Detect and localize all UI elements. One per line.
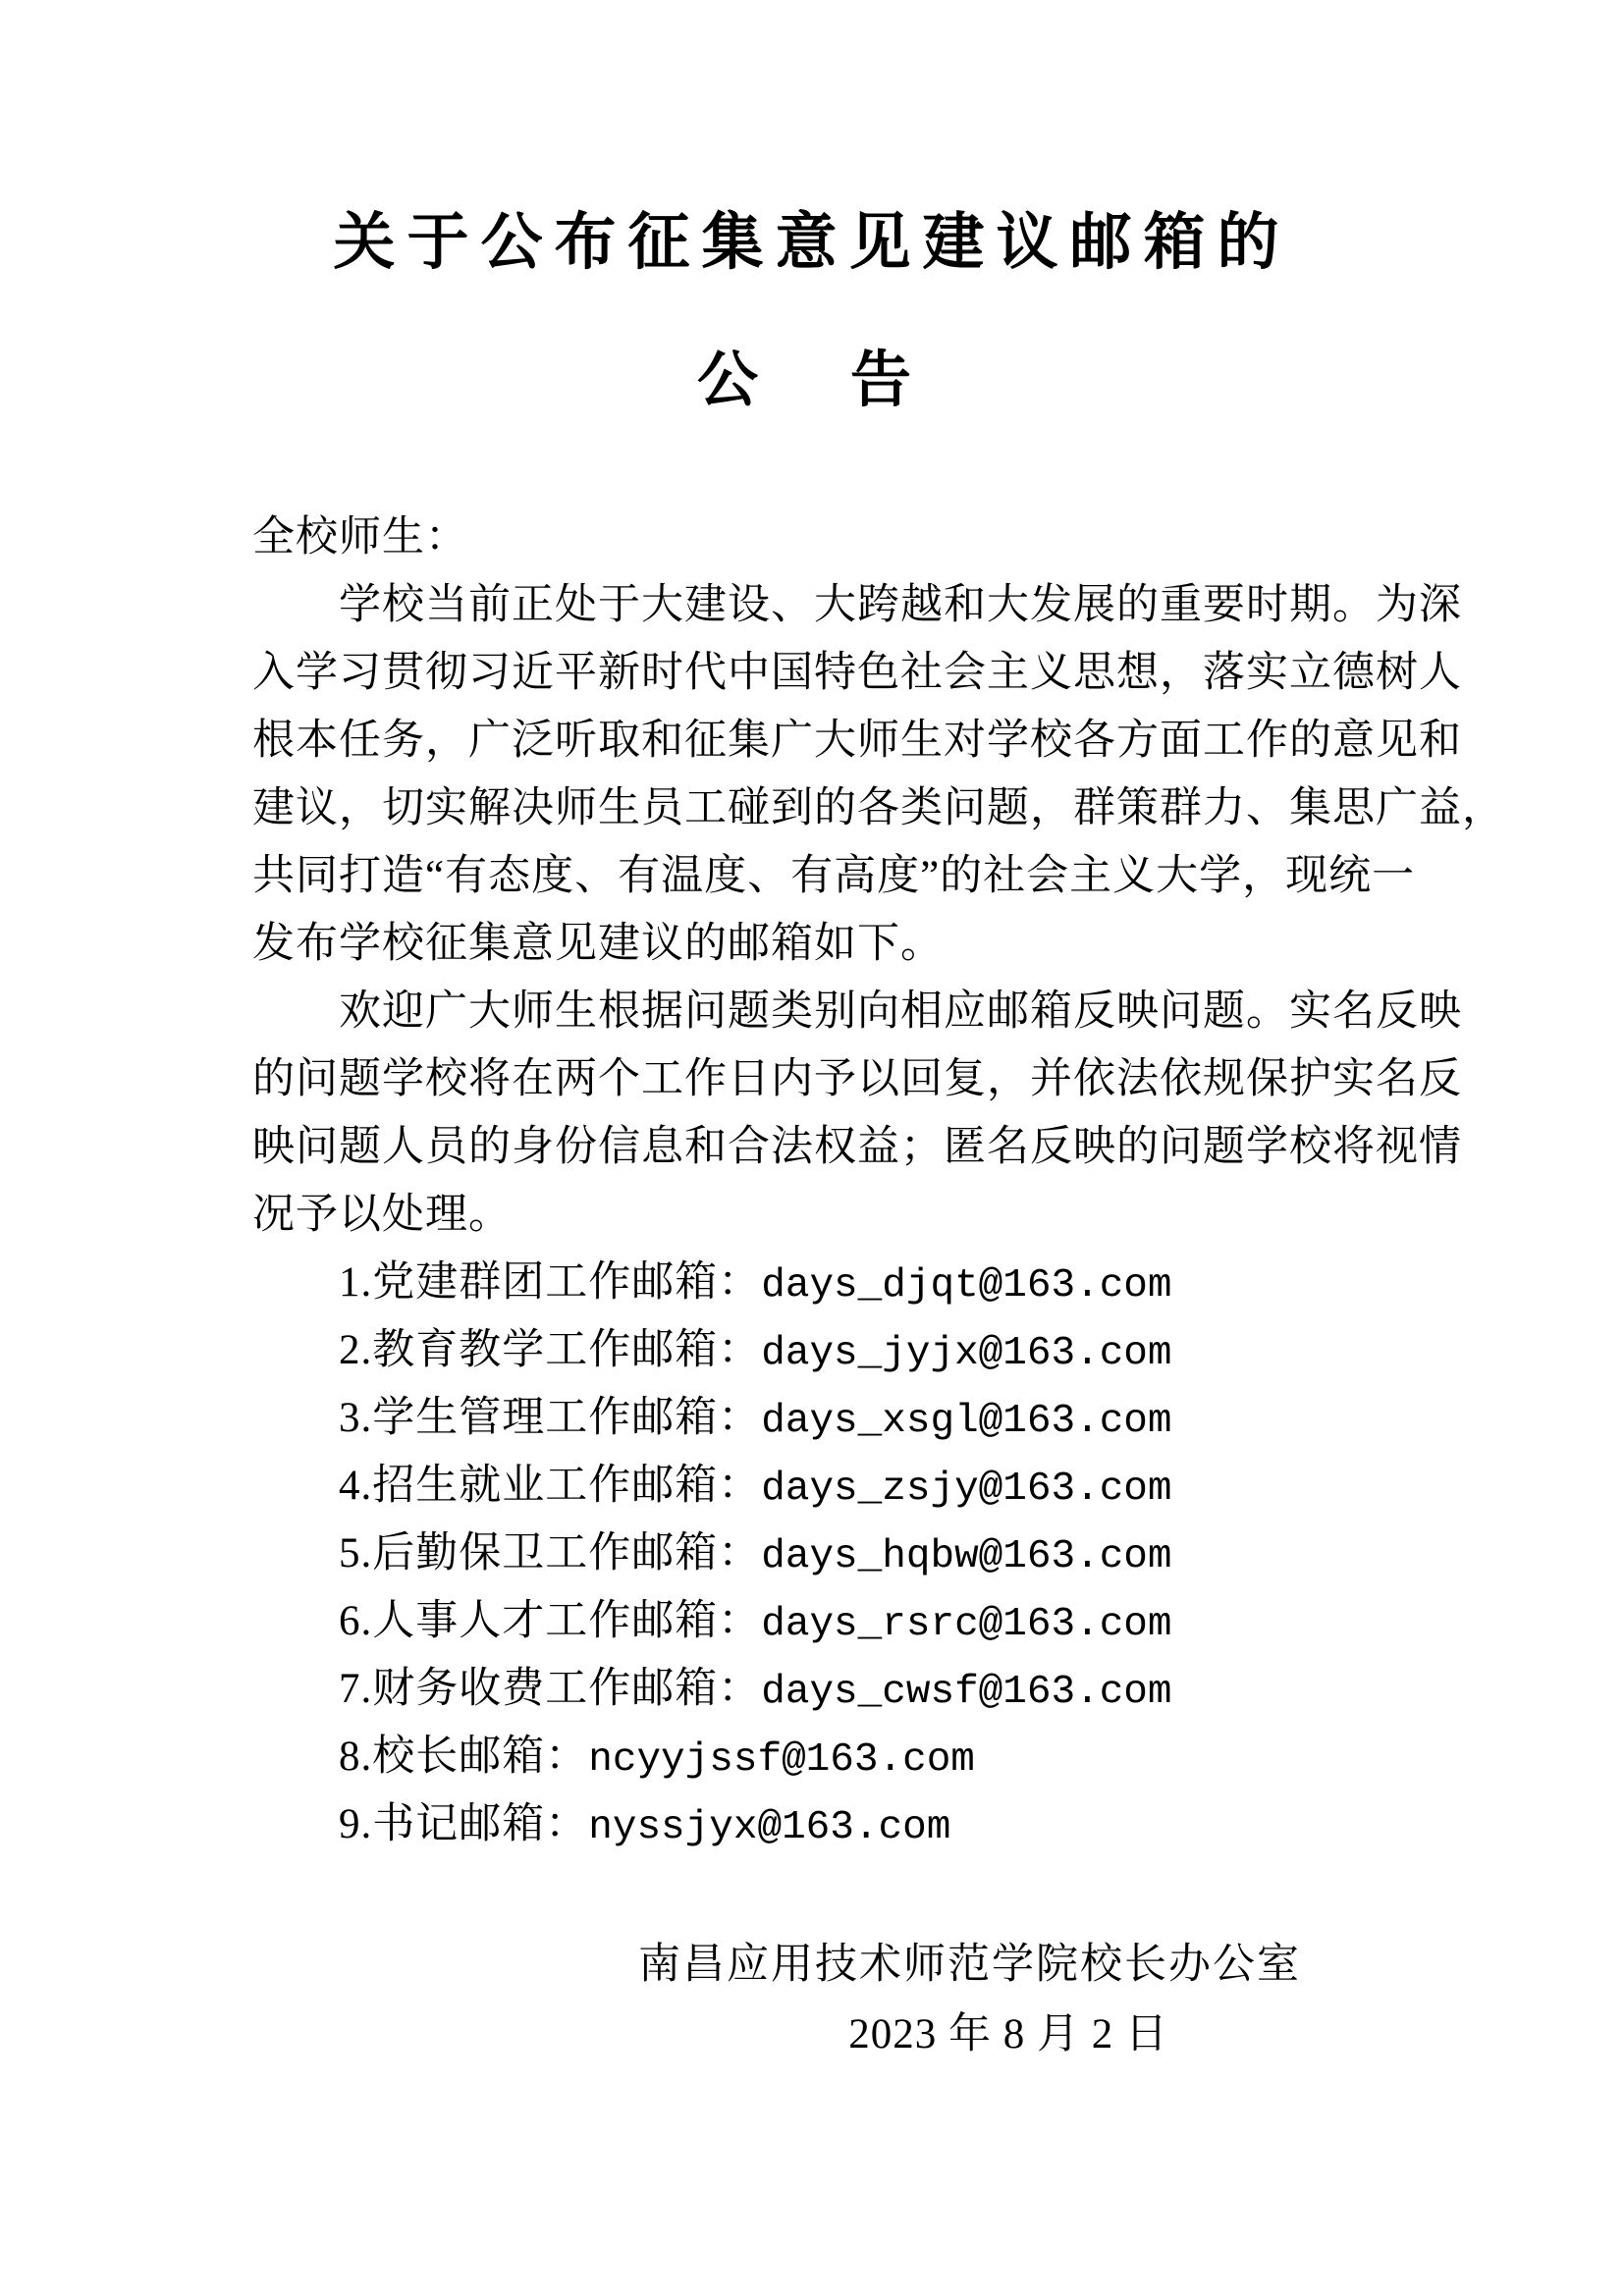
mailbox-label: 3.学生管理工作邮箱： <box>339 1395 761 1441</box>
paragraph1-line-2: 入学习贯彻习近平新时代中国特色社会主义思想，落实立德树人 <box>252 639 1470 707</box>
mailbox-item-6: 6.人事人才工作邮箱：days_rsrc@163.com <box>252 1587 1470 1655</box>
mailbox-label: 4.招生就业工作邮箱： <box>339 1463 761 1509</box>
mailbox-email: days_rsrc@163.com <box>761 1602 1171 1647</box>
issue-date: 2023 年 8 月 2 日 <box>0 2001 1624 2068</box>
mailbox-email: ncyyjssf@163.com <box>588 1737 975 1783</box>
mailbox-item-7: 7.财务收费工作邮箱：days_cwsf@163.com <box>252 1655 1470 1723</box>
mailbox-label: 8.校长邮箱： <box>339 1734 588 1780</box>
mailbox-email: days_jyjx@163.com <box>761 1331 1171 1376</box>
mailbox-label: 5.后勤保卫工作邮箱： <box>339 1530 761 1576</box>
mailbox-email: days_cwsf@163.com <box>761 1670 1171 1715</box>
mailbox-item-2: 2.教育教学工作邮箱：days_jyjx@163.com <box>252 1316 1470 1384</box>
mailbox-item-8: 8.校长邮箱：ncyyjssf@163.com <box>252 1723 1470 1790</box>
mailbox-item-4: 4.招生就业工作邮箱：days_zsjy@163.com <box>252 1452 1470 1520</box>
mailbox-item-1: 1.党建群团工作邮箱：days_djqt@163.com <box>252 1249 1470 1316</box>
paragraph1-line-5: 共同打造“有态度、有温度、有高度”的社会主义大学，现统一 <box>252 842 1470 910</box>
paragraph2-line-4: 况予以处理。 <box>252 1181 1470 1249</box>
mailbox-item-9: 9.书记邮箱：nyssjyx@163.com <box>252 1790 1470 1858</box>
mailbox-item-3: 3.学生管理工作邮箱：days_xsgl@163.com <box>252 1384 1470 1452</box>
paragraph2-line-2: 的问题学校将在两个工作日内予以回复，并依法依规保护实名反 <box>252 1045 1470 1113</box>
mailbox-label: 7.财务收费工作邮箱： <box>339 1666 761 1712</box>
paragraph1-line-4: 建议，切实解决师生员工碰到的各类问题，群策群力、集思广益， <box>252 774 1470 842</box>
mailbox-label: 9.书记邮箱： <box>339 1801 588 1847</box>
mailbox-email: days_djqt@163.com <box>761 1263 1171 1308</box>
notice-title-line2: 公 告 <box>0 344 1624 418</box>
mailbox-email: days_zsjy@163.com <box>761 1467 1171 1512</box>
mailbox-email: nyssjyx@163.com <box>588 1805 950 1850</box>
paragraph1-line-6: 发布学校征集意见建议的邮箱如下。 <box>252 910 1470 978</box>
mailbox-email: days_hqbw@163.com <box>761 1534 1171 1579</box>
notice-document-page: 关于公布征集意见建议邮箱的 公 告 全校师生： 学校当前正处于大建设、大跨越和大… <box>0 0 1624 2296</box>
paragraph1-line-3: 根本任务，广泛听取和征集广大师生对学校各方面工作的意见和 <box>252 707 1470 774</box>
notice-body: 全校师生： 学校当前正处于大建设、大跨越和大发展的重要时期。为深 入学习贯彻习近… <box>252 504 1470 1858</box>
mailbox-item-5: 5.后勤保卫工作邮箱：days_hqbw@163.com <box>252 1520 1470 1587</box>
mailbox-label: 1.党建群团工作邮箱： <box>339 1259 761 1306</box>
paragraph1-line-1: 学校当前正处于大建设、大跨越和大发展的重要时期。为深 <box>252 571 1470 639</box>
salutation: 全校师生： <box>252 504 1470 571</box>
paragraph2-line-3: 映问题人员的身份信息和合法权益；匿名反映的问题学校将视情 <box>252 1113 1470 1181</box>
notice-title-line1: 关于公布征集意见建议邮箱的 <box>0 203 1624 282</box>
mailbox-label: 6.人事人才工作邮箱： <box>339 1598 761 1644</box>
mailbox-email: days_xsgl@163.com <box>761 1399 1171 1444</box>
issuer-signature: 南昌应用技术师范学院校长办公室 <box>0 1931 1624 1999</box>
paragraph2-line-1: 欢迎广大师生根据问题类别向相应邮箱反映问题。实名反映 <box>252 978 1470 1045</box>
mailbox-label: 2.教育教学工作邮箱： <box>339 1327 761 1373</box>
